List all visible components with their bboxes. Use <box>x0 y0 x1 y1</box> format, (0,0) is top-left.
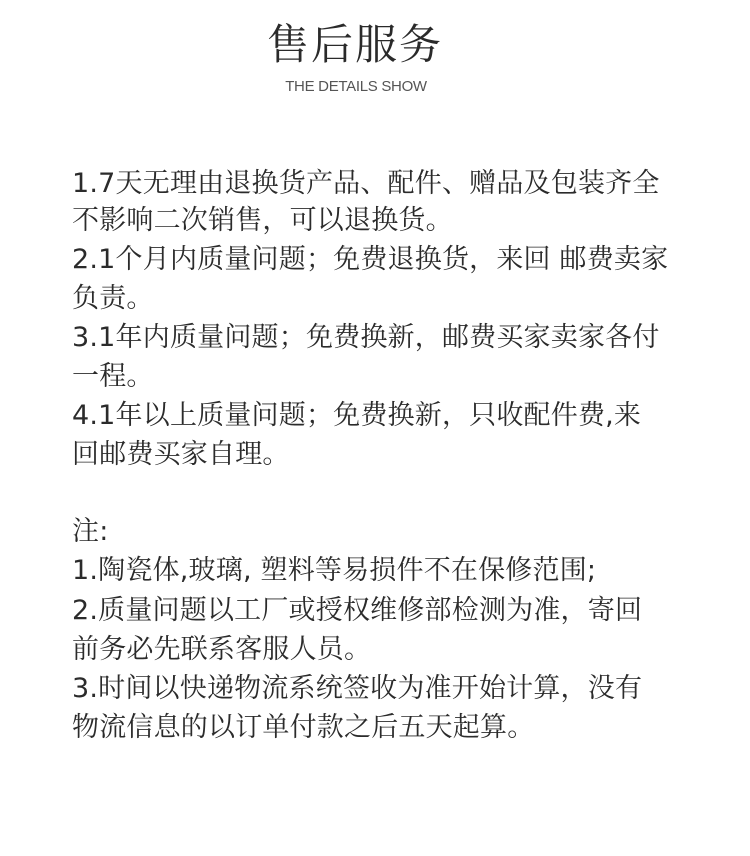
page-subtitle: THE DETAILS SHOW <box>0 77 712 97</box>
policy-line: 2.1个月内质量问题；免费退换货，来回 邮费卖家 <box>72 241 668 279</box>
policy-line: 回邮费买家自理。 <box>72 436 290 474</box>
policy-line: 4.1年以上质量问题；免费换新，只收配件费,来 <box>72 397 641 435</box>
policy-line: 1.7天无理由退换货产品、配件、赠品及包装齐全 <box>72 165 660 203</box>
policy-line: 3.1年内质量问题；免费换新，邮费买家卖家各付 <box>72 319 660 357</box>
note-line: 2.质量问题以工厂或授权维修部检测为准，寄回 <box>72 592 642 630</box>
note-line: 1.陶瓷体,玻璃, 塑料等易损件不在保修范围; <box>72 552 596 590</box>
notes-label: 注: <box>72 513 109 551</box>
policy-line: 负责。 <box>72 280 154 318</box>
note-line: 前务必先联系客服人员。 <box>72 631 371 669</box>
note-line: 物流信息的以订单付款之后五天起算。 <box>72 709 534 747</box>
policy-line: 不影响二次销售，可以退换货。 <box>72 202 453 240</box>
policy-line: 一程。 <box>72 358 154 396</box>
note-line: 3.时间以快递物流系统签收为准开始计算，没有 <box>72 670 642 708</box>
page-title: 售后服务 <box>0 16 710 74</box>
